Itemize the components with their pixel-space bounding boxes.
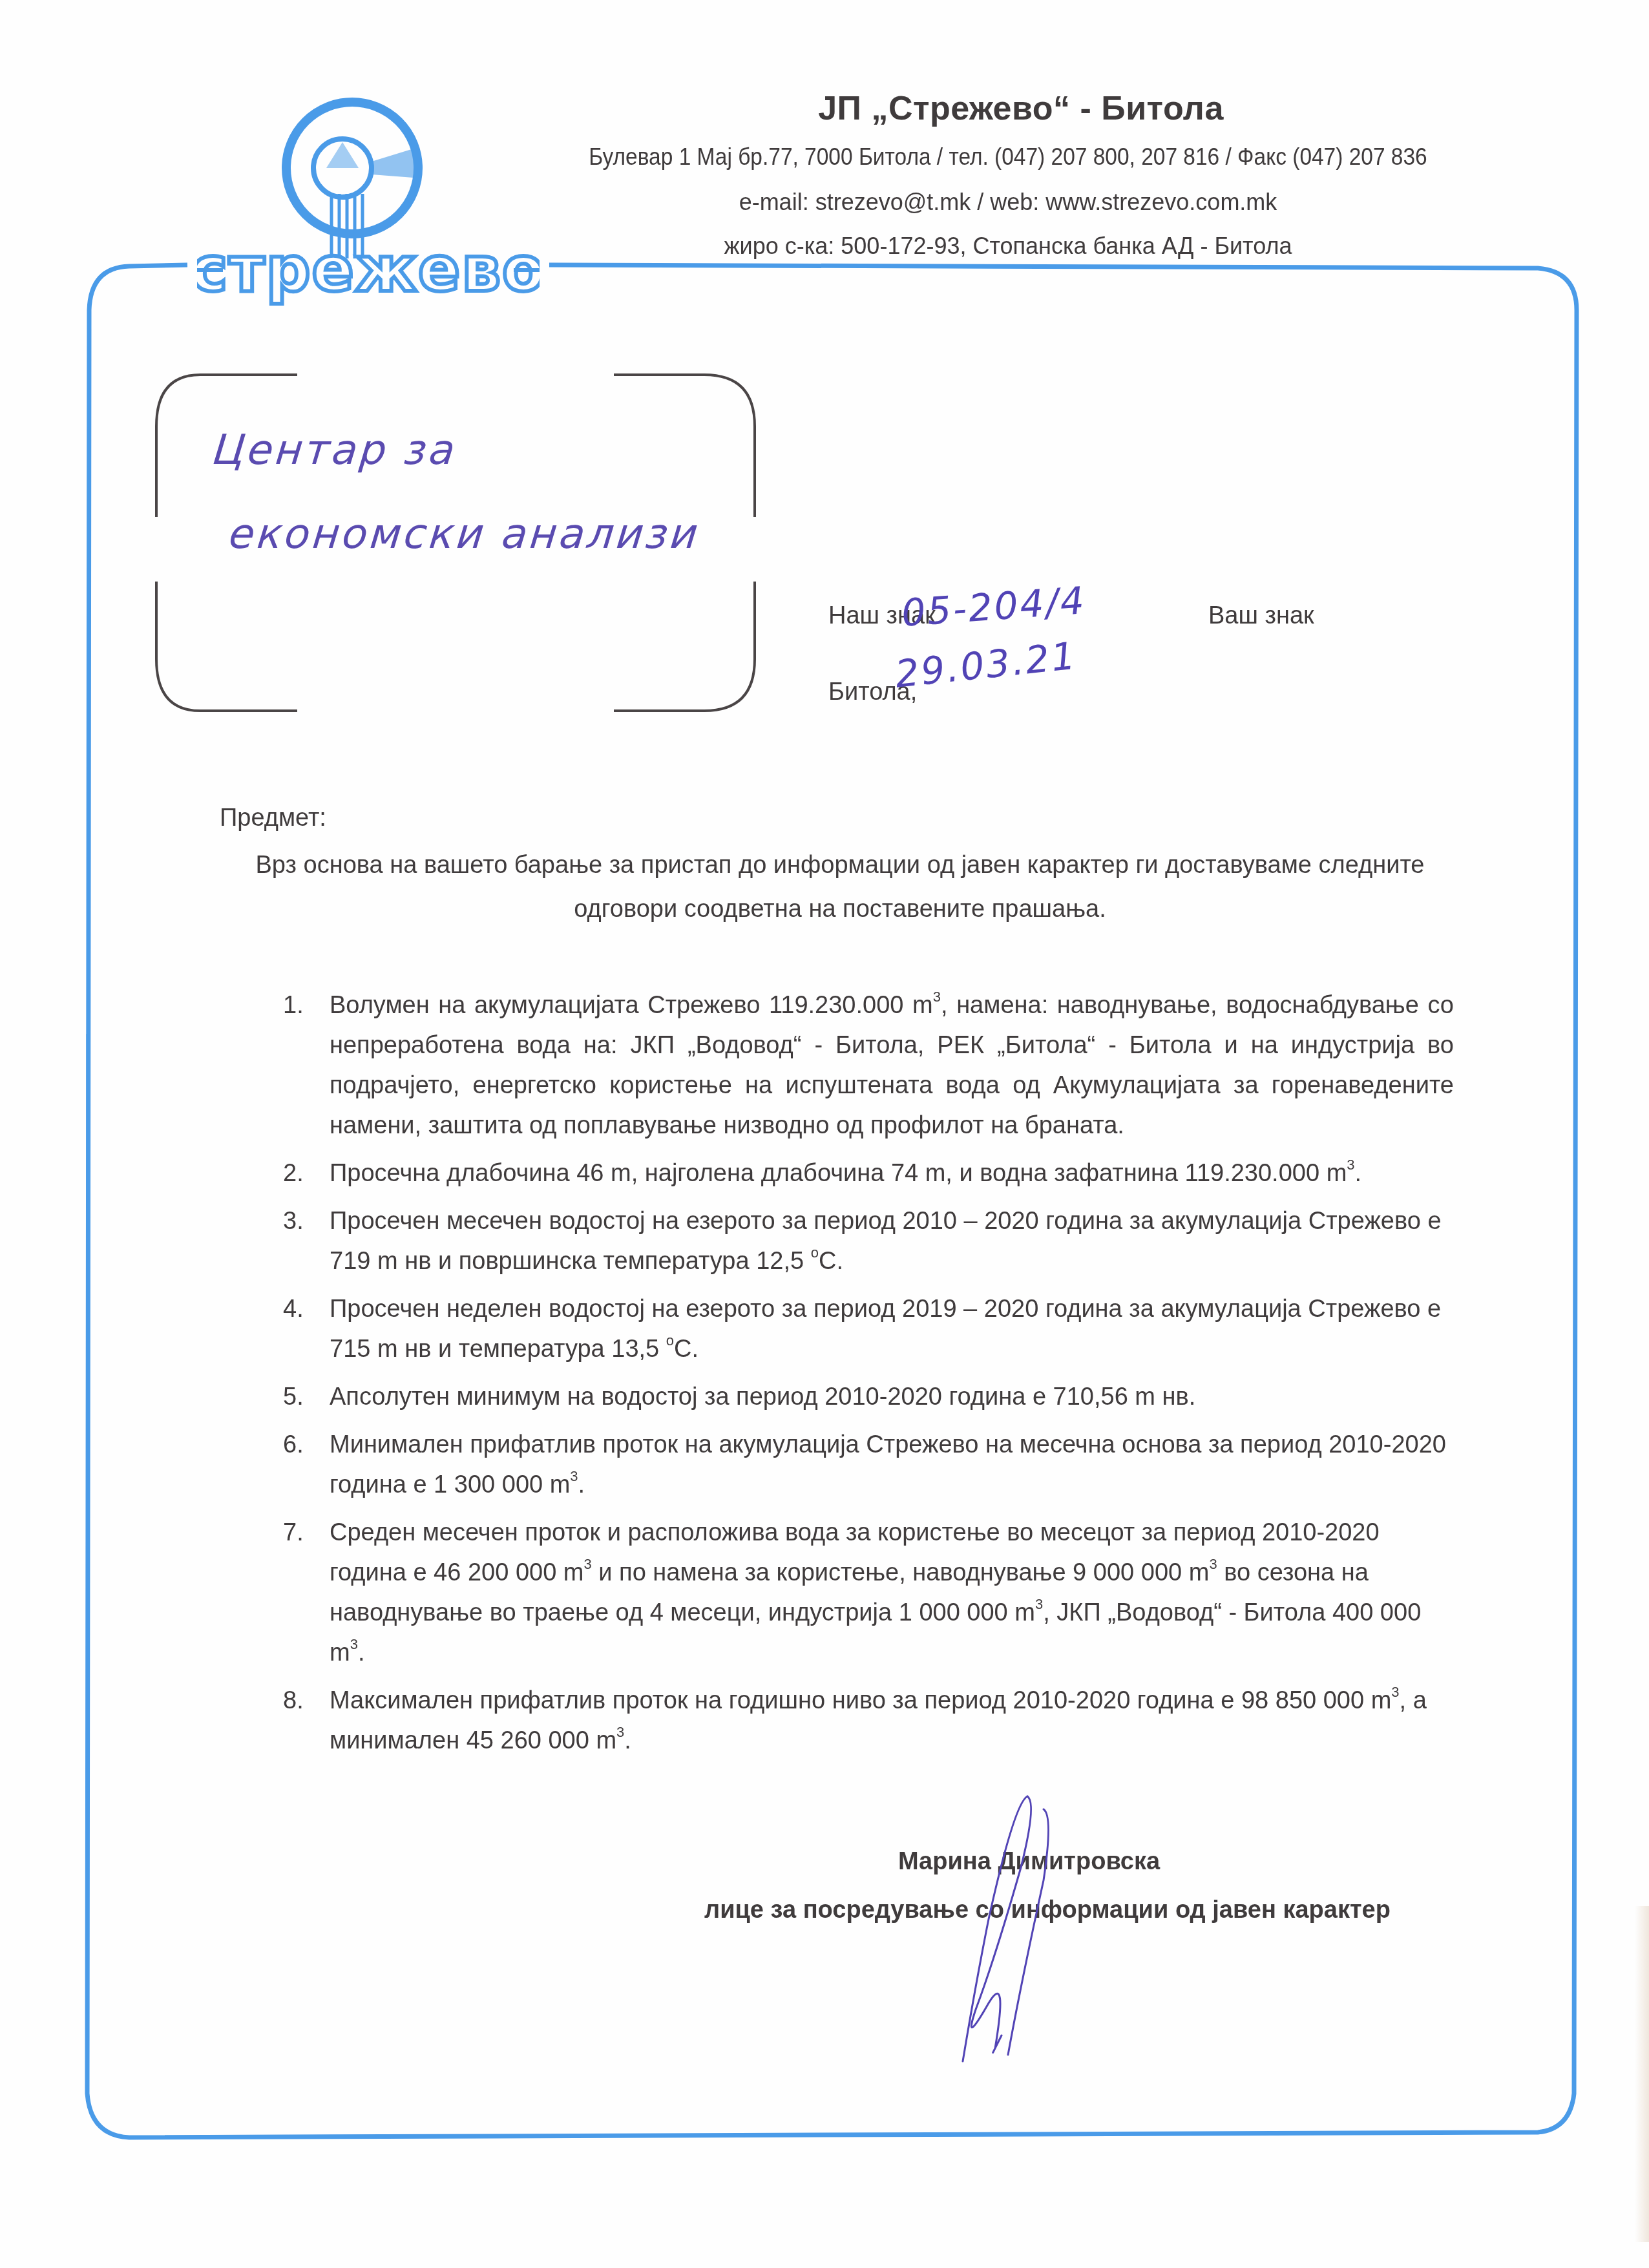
your-reference-label: Ваш знак bbox=[1208, 602, 1314, 630]
answer-item: 8.Максимален прифатлив проток на годишно… bbox=[271, 1681, 1454, 1761]
answer-item: 3.Просечен месечен водостој на езерото з… bbox=[271, 1201, 1454, 1281]
recipient-line-1: Центар за bbox=[211, 426, 459, 474]
letter-date: 29.03.21 bbox=[893, 633, 1079, 696]
intro-paragraph: Врз основа на вашето барање за пристап д… bbox=[220, 843, 1460, 931]
answer-item: 2.Просечна длабочина 46 m, најголена дла… bbox=[271, 1153, 1454, 1193]
address-line: Булевар 1 Мај бр.77, 7000 Битола / тел. … bbox=[515, 143, 1500, 171]
answer-text: Просечен месечен водостој на езерото за … bbox=[330, 1208, 1442, 1275]
answer-text: Просечна длабочина 46 m, најголена длабо… bbox=[330, 1160, 1361, 1187]
recipient-line-2: економски анализи bbox=[227, 510, 702, 558]
answer-text: Максимален прифатлив проток на годишно н… bbox=[330, 1687, 1427, 1754]
answer-text: Среден месечен проток и расположива вода… bbox=[330, 1519, 1421, 1666]
organization-name: ЈП „Стрежево“ - Битола bbox=[775, 89, 1266, 128]
answer-item: 7.Среден месечен проток и расположива во… bbox=[271, 1513, 1454, 1673]
signer-role: лице за посредување со информации од јав… bbox=[704, 1896, 1391, 1924]
our-reference-number: 05-204/4 bbox=[900, 578, 1087, 635]
bank-account-line: жиро с-ка: 500-172-93, Стопанска банка А… bbox=[478, 233, 1538, 260]
answer-text: Волумен на акумулацијата Стрежево 119.23… bbox=[330, 992, 1454, 1139]
handwritten-signature bbox=[924, 1790, 1137, 2068]
answer-item: 5.Апсолутен минимум на водостој за перио… bbox=[271, 1377, 1454, 1417]
scan-edge-shadow bbox=[1635, 1906, 1649, 2242]
contact-line[interactable]: e-mail: strezevo@t.mk / web: www.strezev… bbox=[478, 189, 1538, 216]
answer-text: Апсолутен минимум на водостој за период … bbox=[330, 1383, 1195, 1411]
answers-list: 1.Волумен на акумулацијата Стрежево 119.… bbox=[271, 985, 1454, 1769]
subject-label: Предмет: bbox=[220, 804, 326, 832]
signer-name: Марина Димитровска bbox=[898, 1848, 1160, 1876]
answer-item: 4.Просечен неделен водостој на езерото з… bbox=[271, 1289, 1454, 1369]
answer-text: Минимален прифатлив проток на акумулациј… bbox=[330, 1431, 1446, 1498]
answer-text: Просечен неделен водостој на езерото за … bbox=[330, 1296, 1441, 1363]
answer-item: 1.Волумен на акумулацијата Стрежево 119.… bbox=[271, 985, 1454, 1146]
answer-item: 6.Минимален прифатлив проток на акумулац… bbox=[271, 1425, 1454, 1505]
